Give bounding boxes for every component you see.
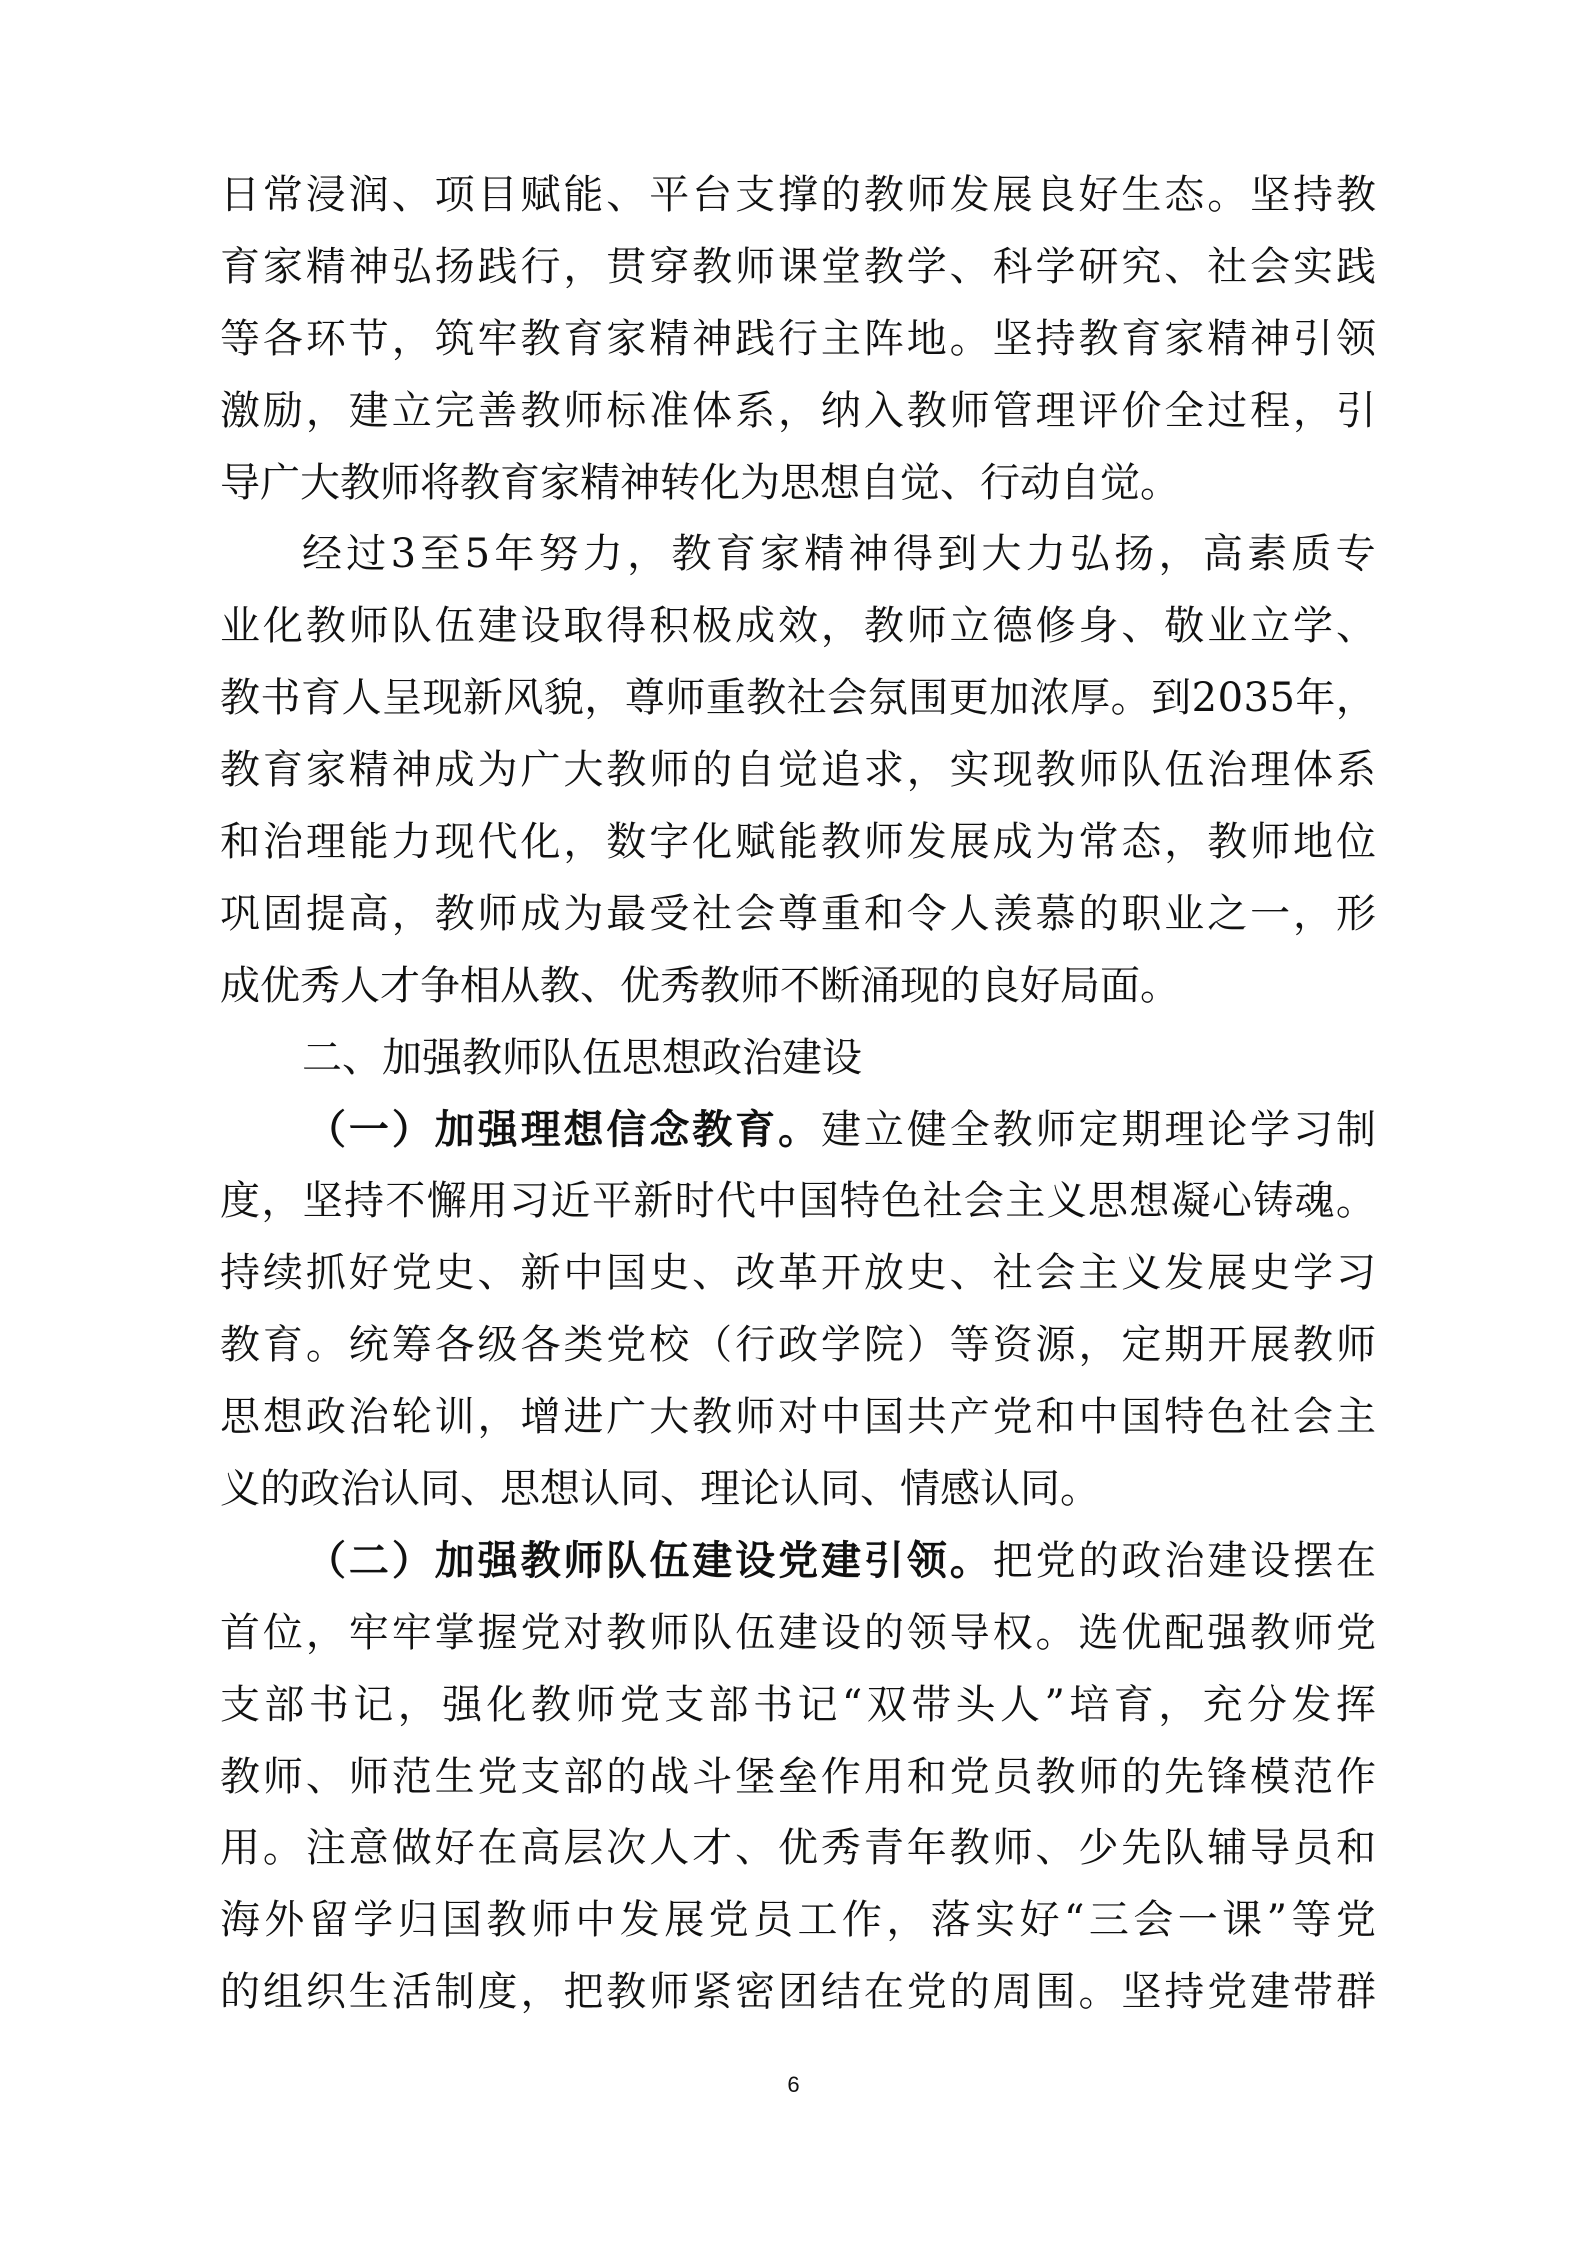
text-line: 业化教师队伍建设取得积极成效，教师立德修身、敬业立学、: [220, 599, 1376, 671]
text-line: 度，坚持不懈用习近平新时代中国特色社会主义思想凝心铸魂。: [220, 1174, 1376, 1246]
text-line: 成优秀人才争相从教、优秀教师不断涌现的良好局面。: [220, 959, 1376, 1031]
text-segment: 把党的政治建设摆在: [993, 1538, 1376, 1584]
text-line: 激励，建立完善教师标准体系，纳入教师管理评价全过程，引: [220, 384, 1376, 456]
subsection-first-line: （二）加强教师队伍建设党建引领。把党的政治建设摆在: [220, 1534, 1376, 1606]
text-line: 教书育人呈现新风貌，尊师重教社会氛围更加浓厚。到2035年，: [220, 671, 1376, 743]
text-line: 的组织生活制度，把教师紧密团结在党的周围。坚持党建带群: [220, 1965, 1376, 2037]
text-line: 首位，牢牢掌握党对教师队伍建设的领导权。选优配强教师党: [220, 1606, 1376, 1678]
text-line: 和治理能力现代化，数字化赋能教师发展成为常态，教师地位: [220, 815, 1376, 887]
subsection-party-building: （二）加强教师队伍建设党建引领。把党的政治建设摆在 首位，牢牢掌握党对教师队伍建…: [220, 1534, 1376, 2037]
subsection-title: （二）加强教师队伍建设党建引领。: [306, 1537, 993, 1584]
text-line: 育家精神弘扬践行，贯穿教师课堂教学、科学研究、社会实践: [220, 240, 1376, 312]
text-line: 经过3至5年努力，教育家精神得到大力弘扬，高素质专: [220, 527, 1376, 599]
text-line: 导广大教师将教育家精神转化为思想自觉、行动自觉。: [220, 456, 1376, 528]
text-line: 日常浸润、项目赋能、平台支撑的教师发展良好生态。坚持教: [220, 168, 1376, 240]
text-line: 义的政治认同、思想认同、理论认同、情感认同。: [220, 1462, 1376, 1534]
text-line: 支部书记，强化教师党支部书记“双带头人”培育，充分发挥: [220, 1678, 1376, 1750]
text-line: 海外留学归国教师中发展党员工作，落实好“三会一课”等党: [220, 1893, 1376, 1965]
document-page: 日常浸润、项目赋能、平台支撑的教师发展良好生态。坚持教 育家精神弘扬践行，贯穿教…: [0, 0, 1587, 2245]
paragraph-goals-2035: 经过3至5年努力，教育家精神得到大力弘扬，高素质专 业化教师队伍建设取得积极成效…: [220, 527, 1376, 1030]
subsection-ideals-beliefs: （一）加强理想信念教育。建立健全教师定期理论学习制 度，坚持不懈用习近平新时代中…: [220, 1103, 1376, 1534]
text-line: 持续抓好党史、新中国史、改革开放史、社会主义发展史学习: [220, 1246, 1376, 1318]
text-line: 教育家精神成为广大教师的自觉追求，实现教师队伍治理体系: [220, 743, 1376, 815]
text-line: 用。注意做好在高层次人才、优秀青年教师、少先队辅导员和: [220, 1821, 1376, 1893]
subsection-first-line: （一）加强理想信念教育。建立健全教师定期理论学习制: [220, 1103, 1376, 1175]
text-line: 教育。统筹各级各类党校（行政学院）等资源，定期开展教师: [220, 1318, 1376, 1390]
text-line: 教师、师范生党支部的战斗堡垒作用和党员教师的先锋模范作: [220, 1750, 1376, 1822]
paragraph-teacher-development-ecology: 日常浸润、项目赋能、平台支撑的教师发展良好生态。坚持教 育家精神弘扬践行，贯穿教…: [220, 168, 1376, 527]
text-line: 等各环节，筑牢教育家精神践行主阵地。坚持教育家精神引领: [220, 312, 1376, 384]
section-heading: 二、加强教师队伍思想政治建设: [220, 1031, 1376, 1103]
page-number: 6: [0, 2072, 1587, 2098]
subsection-title: （一）加强理想信念教育。: [306, 1106, 821, 1153]
text-segment: 建立健全教师定期理论学习制: [821, 1107, 1376, 1153]
document-body: 日常浸润、项目赋能、平台支撑的教师发展良好生态。坚持教 育家精神弘扬践行，贯穿教…: [220, 168, 1376, 2037]
text-line: 思想政治轮训，增进广大教师对中国共产党和中国特色社会主: [220, 1390, 1376, 1462]
text-line: 巩固提高，教师成为最受社会尊重和令人羡慕的职业之一，形: [220, 887, 1376, 959]
